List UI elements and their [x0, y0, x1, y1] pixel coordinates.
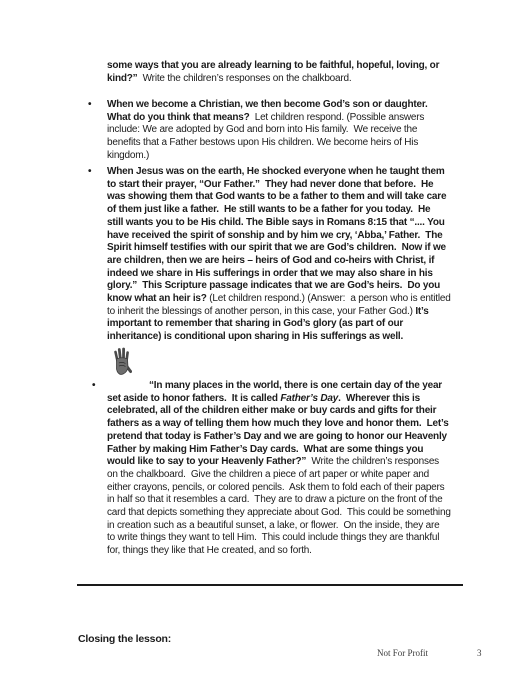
text-segment: What do you think that means?	[107, 112, 250, 123]
bullet-marker: •	[88, 99, 92, 112]
text-segment: would like to say to your Heavenly Fathe…	[107, 456, 306, 467]
text-line: inheritance) is conditional upon sharing…	[107, 331, 451, 344]
text-line: still wants you to be His child. The Bib…	[107, 217, 451, 230]
text-segment: benefits that a Father bestows upon His …	[107, 137, 418, 148]
text-segment: celebrated, all of the children either m…	[107, 405, 436, 416]
page-number: 3	[477, 648, 482, 658]
text-segment: (Let children respond.) (Answer: a perso…	[207, 293, 451, 304]
text-segment: set aside to honor fathers. It is called	[107, 393, 280, 404]
text-segment: fathers as a way of telling them how muc…	[107, 418, 449, 429]
text-line: Spirit himself testifies with our spirit…	[107, 242, 451, 255]
text-line: benefits that a Father bestows upon His …	[107, 137, 428, 150]
text-segment: some ways that you are already learning …	[107, 60, 439, 71]
text-segment: . Wherever this is	[338, 393, 420, 404]
text-segment: on the chalkboard. Give the children a p…	[107, 469, 429, 480]
text-segment: include: We are adopted by God and born …	[107, 124, 417, 135]
text-line: set aside to honor fathers. It is called…	[107, 393, 451, 406]
text-segment: Spirit himself testifies with our spirit…	[107, 242, 446, 253]
text-line: have received the spirit of sonship and …	[107, 230, 451, 243]
text-segment: It’s	[415, 306, 428, 317]
text-line: What do you think that means? Let childr…	[107, 112, 428, 125]
text-line: celebrated, all of the children either m…	[107, 405, 451, 418]
text-line: was showing them that God wants to be a …	[107, 191, 451, 204]
text-line: When Jesus was on the earth, He shocked …	[107, 166, 451, 179]
text-line: kind?” Write the children’s responses on…	[107, 73, 439, 86]
text-segment: Father by making Him Father’s Day cards.…	[107, 444, 423, 455]
text-line: When we become a Christian, we then beco…	[107, 99, 428, 112]
text-segment: in creation such as a beautiful sunset, …	[107, 520, 440, 531]
bullet-marker: •	[92, 380, 96, 393]
bullet-item-fathers-day: “In many places in the world, there is o…	[107, 380, 451, 558]
text-line: “In many places in the world, there is o…	[107, 380, 451, 393]
text-line: Father by making Him Father’s Day cards.…	[107, 444, 451, 457]
document-page: some ways that you are already learning …	[0, 0, 532, 688]
text-segment: “In many places in the world, there is o…	[149, 380, 442, 391]
text-segment: indeed we share in His sufferings in ord…	[107, 268, 433, 279]
text-segment: in half so that it resembles a card. The…	[107, 494, 442, 505]
footer-label: Not For Profit	[377, 648, 428, 658]
text-segment: glory.” This Scripture passage indicates…	[107, 280, 440, 291]
text-segment: card that depicts something they appreci…	[107, 507, 451, 518]
text-line: include: We are adopted by God and born …	[107, 124, 428, 137]
text-line: indeed we share in His sufferings in ord…	[107, 268, 451, 281]
text-segment: know what an heir is?	[107, 293, 207, 304]
text-segment: was showing them that God wants to be a …	[107, 191, 446, 202]
text-segment: still wants you to be His child. The Bib…	[107, 217, 445, 228]
text-line: some ways that you are already learning …	[107, 60, 439, 73]
text-line: to write things they want to tell Him. T…	[107, 532, 451, 545]
text-segment: either crayons, pencils, or colored penc…	[107, 482, 444, 493]
text-line: are children, then we are heirs – heirs …	[107, 255, 451, 268]
text-line: to start their prayer, “Our Father.” The…	[107, 179, 451, 192]
text-segment: When Jesus was on the earth, He shocked …	[107, 166, 445, 177]
text-segment: of them just like a father. He still wan…	[107, 204, 430, 215]
text-segment: to inherit the blessings of another pers…	[107, 306, 415, 317]
text-line: pretend that today is Father’s Day and w…	[107, 431, 451, 444]
closing-heading: Closing the lesson:	[78, 633, 171, 645]
bullet-marker: •	[88, 166, 92, 179]
text-segment: inheritance) is conditional upon sharing…	[107, 331, 403, 342]
text-line: on the chalkboard. Give the children a p…	[107, 469, 451, 482]
text-line: in half so that it resembles a card. The…	[107, 494, 451, 507]
text-line: know what an heir is? (Let children resp…	[107, 293, 451, 306]
text-segment: When we become a Christian, we then beco…	[107, 99, 428, 110]
text-segment: Let children respond. (Possible answers	[250, 112, 425, 123]
text-segment: have received the spirit of sonship and …	[107, 230, 442, 241]
text-line: fathers as a way of telling them how muc…	[107, 418, 451, 431]
text-segment: Father’s Day	[280, 393, 338, 404]
bullet-item-our-father: When Jesus was on the earth, He shocked …	[107, 166, 451, 344]
text-segment: to start their prayer, “Our Father.” The…	[107, 179, 433, 190]
text-line: would like to say to your Heavenly Fathe…	[107, 456, 451, 469]
text-segment: kind?”	[107, 73, 137, 84]
text-segment: for, things they like that He created, a…	[107, 545, 312, 556]
section-divider	[77, 584, 463, 586]
raised-hand-icon	[112, 346, 132, 378]
text-line: glory.” This Scripture passage indicates…	[107, 280, 451, 293]
text-segment: are children, then we are heirs – heirs …	[107, 255, 434, 266]
text-segment: pretend that today is Father’s Day and w…	[107, 431, 447, 442]
text-line: to inherit the blessings of another pers…	[107, 306, 451, 319]
text-line: either crayons, pencils, or colored penc…	[107, 482, 451, 495]
text-line: for, things they like that He created, a…	[107, 545, 451, 558]
text-line: kingdom.)	[107, 150, 428, 163]
text-segment: to write things they want to tell Him. T…	[107, 532, 439, 543]
text-segment: Write the children’s responses	[306, 456, 439, 467]
bullet-item-become-christian: When we become a Christian, we then beco…	[107, 99, 428, 163]
text-line: card that depicts something they appreci…	[107, 507, 451, 520]
text-segment: important to remember that sharing in Go…	[107, 318, 403, 329]
text-line: of them just like a father. He still wan…	[107, 204, 451, 217]
text-segment: Write the children’s responses on the ch…	[137, 73, 351, 84]
intro-paragraph: some ways that you are already learning …	[107, 60, 439, 85]
text-line: important to remember that sharing in Go…	[107, 318, 451, 331]
text-segment: kingdom.)	[107, 150, 149, 161]
text-line: in creation such as a beautiful sunset, …	[107, 520, 451, 533]
